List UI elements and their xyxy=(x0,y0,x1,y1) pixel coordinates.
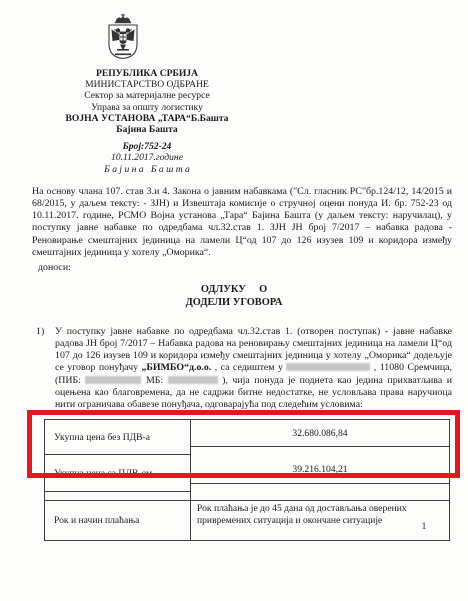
letterhead: РЕПУБЛИКА СРБИЈА МИНИСТАРСТВО ОДБРАНЕ Се… xyxy=(30,68,264,135)
redacted-pib xyxy=(85,376,141,384)
letterhead-country: РЕПУБЛИКА СРБИЈА xyxy=(30,68,264,79)
redacted-mb xyxy=(168,376,218,384)
item-1-text: У поступку јавне набавке по одредбама чл… xyxy=(55,326,452,411)
table-value-payment-terms: Рок плаћања је до 45 дана од достављања … xyxy=(191,501,449,540)
table-spacer-cell xyxy=(45,492,191,501)
serbia-coat-of-arms-icon xyxy=(106,13,140,61)
item-1-seg2: , са седиштем у xyxy=(211,362,286,373)
scanned-document-page: { "header": { "country": "РЕПУБЛИКА СРБИ… xyxy=(0,0,468,601)
item-1: 1) У поступку јавне набавке по одредбама… xyxy=(36,326,452,411)
table-label-payment-terms: Рок и начин плаћања xyxy=(45,501,191,540)
letterhead-ministry: МИНИСТАРСТВО ОДБРАНЕ xyxy=(30,79,264,90)
decision-title: ОДЛУКУ О ДОДЕЛИ УГОВОРА xyxy=(0,284,468,309)
red-highlight-box xyxy=(27,410,460,478)
decision-title-line2: ДОДЕЛИ УГОВОРА xyxy=(0,297,468,310)
page-number: 1 xyxy=(414,521,434,532)
decision-title-line1: ОДЛУКУ О xyxy=(0,284,468,297)
letterhead-city: Бајина Башта xyxy=(30,124,264,135)
redacted-address xyxy=(286,363,370,371)
item-1-number: 1) xyxy=(36,326,44,338)
letterhead-department: Управа за општу логистику xyxy=(30,102,264,113)
document-number: Број:752-24 xyxy=(30,141,264,152)
table-spacer-cell xyxy=(191,492,449,501)
document-place: Б а ј и н а Б а ш т а xyxy=(30,164,264,175)
issues-word: доноси: xyxy=(38,262,71,273)
letterhead-institution: ВОЈНА УСТАНОВА „ТАРА“Б.Башта xyxy=(30,113,264,124)
document-date: 10.11.2017.године xyxy=(30,152,264,163)
preamble-paragraph: На основу члана 107. став 3.и 4. Закона … xyxy=(32,186,452,259)
letterhead-sector: Сектор за материјалне ресурсе xyxy=(30,90,264,101)
item-1-seg4: МБ: xyxy=(141,375,167,386)
document-meta: Број:752-24 10.11.2017.године Б а ј и н … xyxy=(30,141,264,175)
contractor-name: „БИМБО“д.о.о. xyxy=(141,362,211,373)
